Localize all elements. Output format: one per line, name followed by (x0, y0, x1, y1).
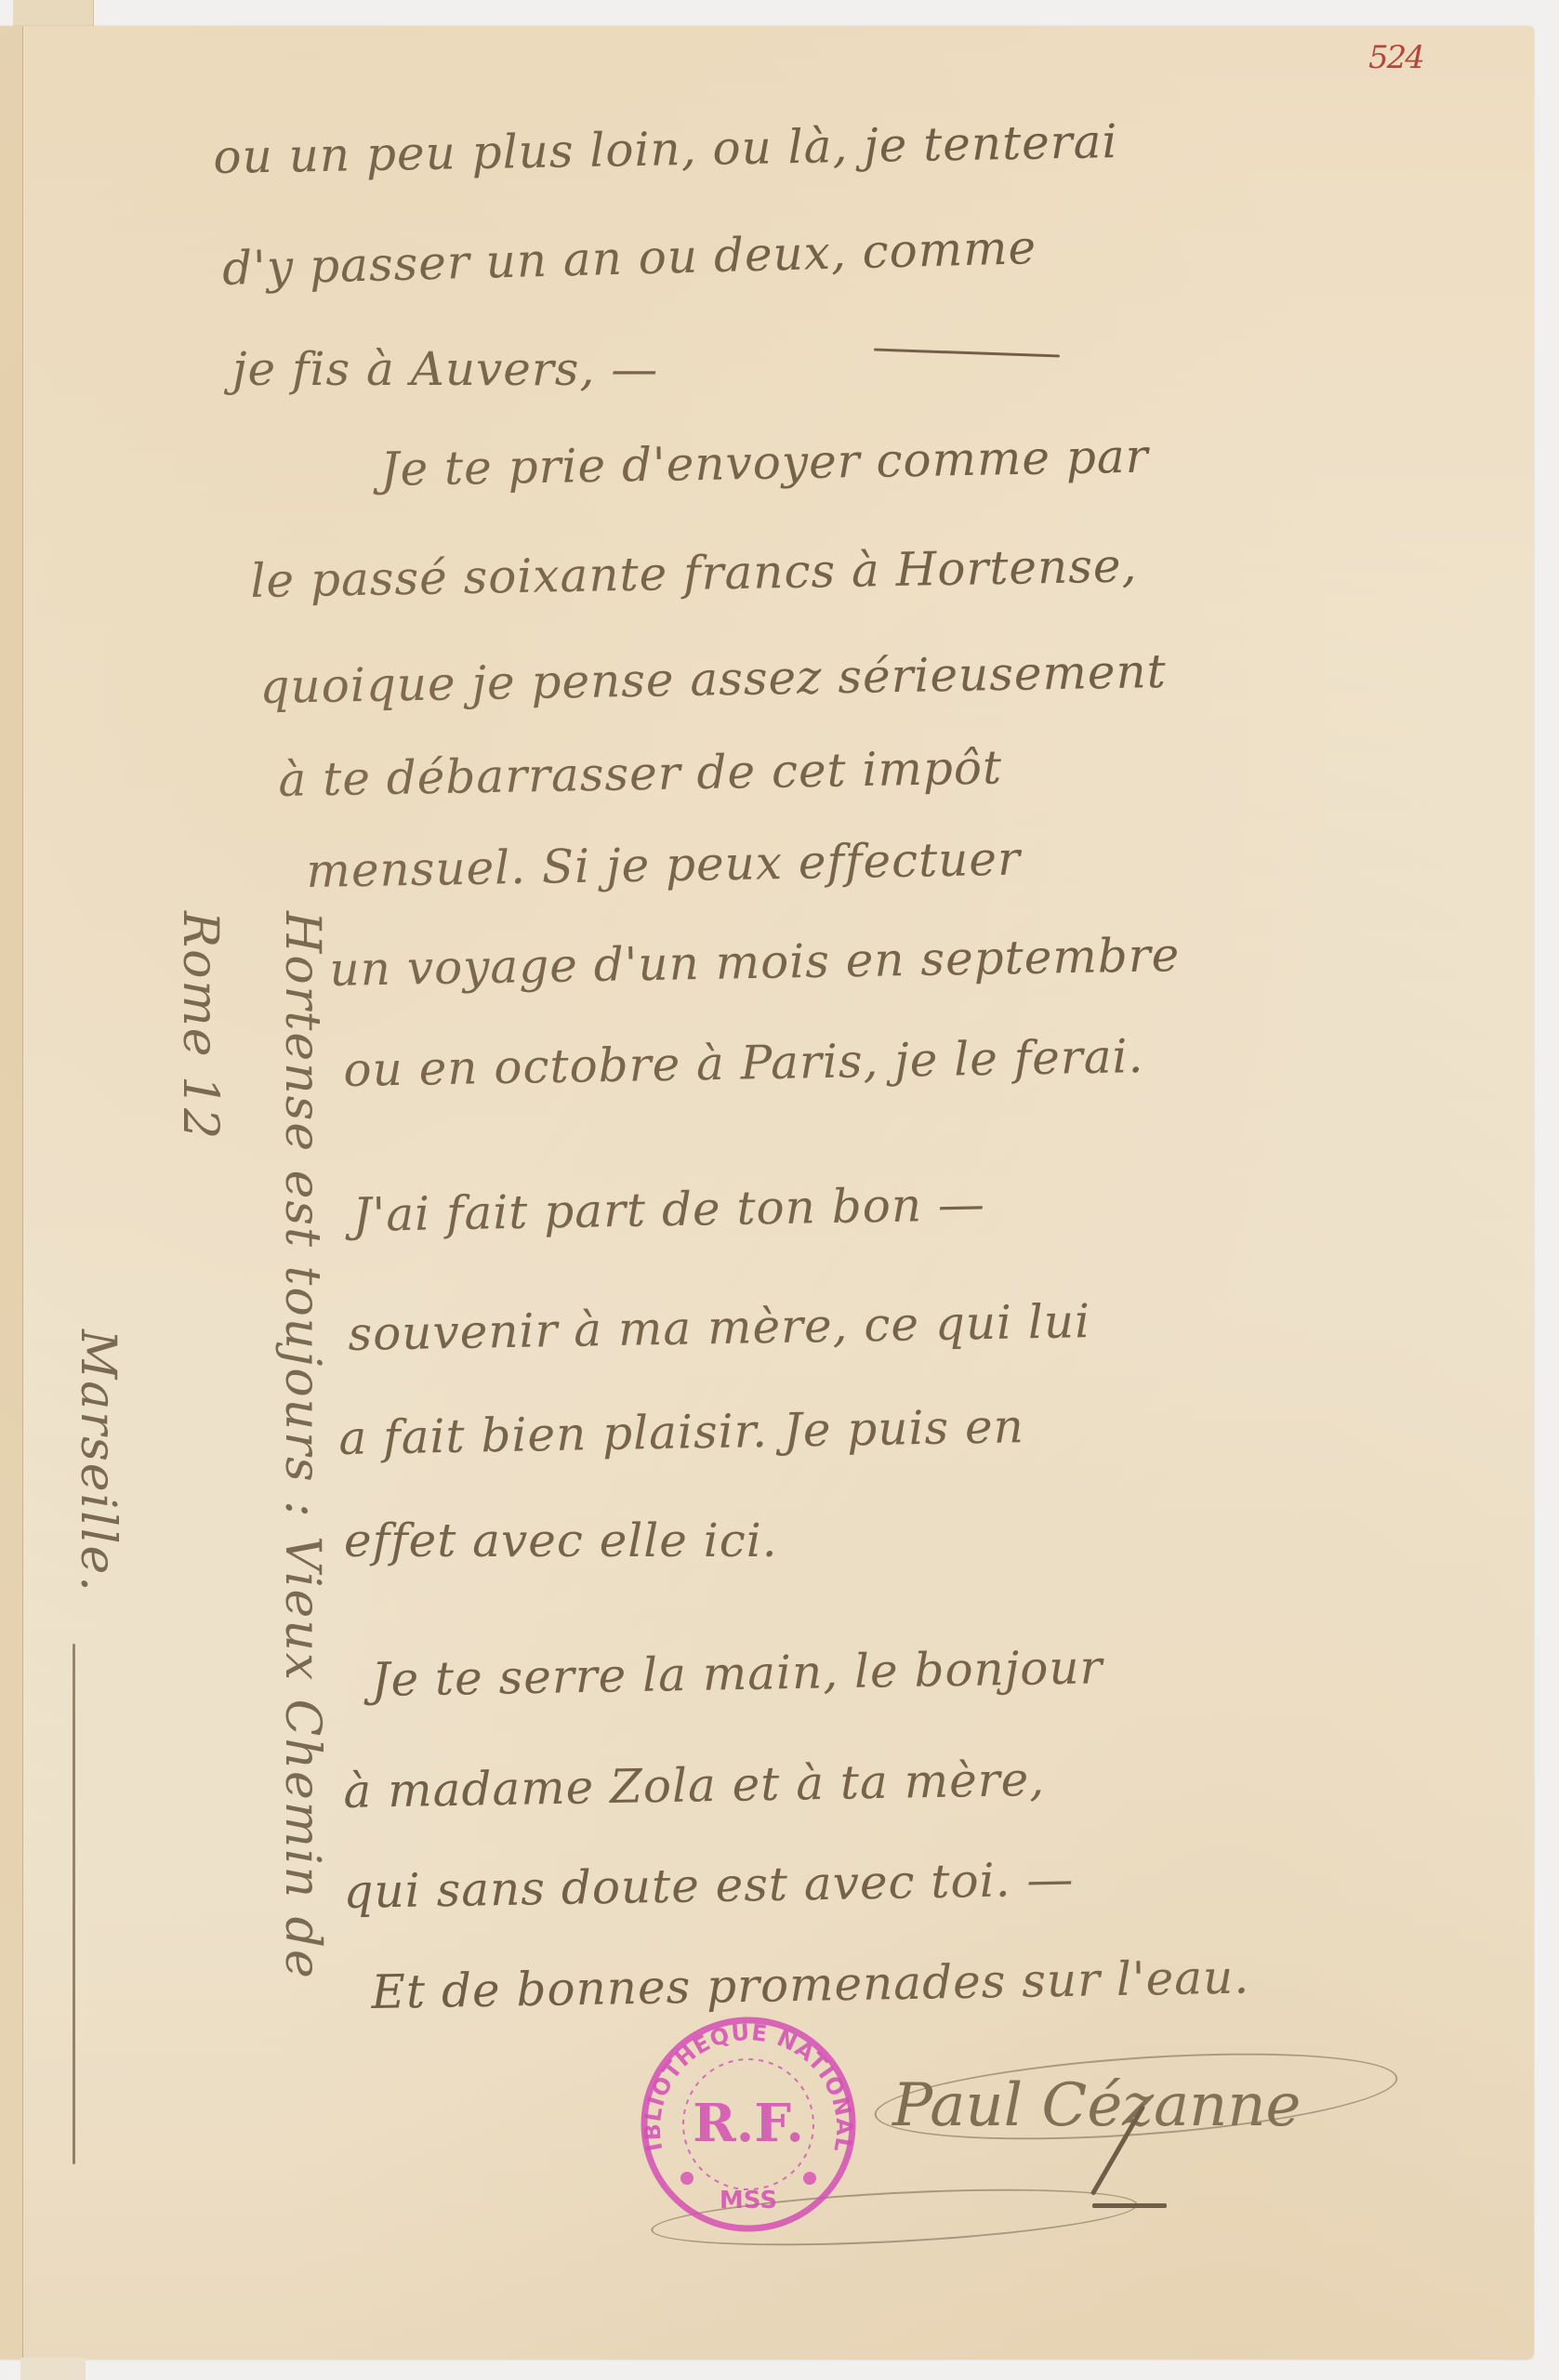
body-line-4: Je te prie d'envoyer comme par (380, 430, 1149, 496)
stamp-seal-icon: BIBLIOTHEQUE NATIONALE R.F. MSS (635, 2011, 862, 2238)
body-line-16: à madame Zola et à ta mère, (343, 1752, 1046, 1818)
body-line-11: J'ai fait part de ton bon — (352, 1177, 985, 1242)
body-line-17: qui sans doute est avec toi. — (343, 1852, 1075, 1919)
body-line-13: a fait bien plaisir. Je puis en (338, 1399, 1024, 1465)
body-line-6: quoique je pense assez sérieusement (259, 644, 1167, 714)
body-line-14: effet avec elle ici. (344, 1514, 778, 1567)
binding-tab-top (13, 0, 94, 28)
svg-text:MSS: MSS (720, 2187, 777, 2215)
margin-note: Hortense est toujours : Vieux Chemin de … (46, 911, 353, 1980)
body-line-8: mensuel. Si je peux effectuer (306, 832, 1021, 898)
body-line-2: d'y passer un an ou deux, comme (221, 220, 1037, 296)
body-line-7: à te débarrasser de cet impôt (278, 740, 1003, 807)
margin-note-line-3: Marseille. (46, 911, 149, 1980)
body-line-3: je fis à Auvers, — (232, 342, 658, 396)
signature: Paul Cézanne (892, 2071, 1301, 2140)
margin-note-line-2: Rome 12 (149, 911, 251, 1980)
body-line-9: un voyage d'un mois en septembre (329, 928, 1181, 997)
body-line-5: le passé soixante francs à Hortense, (250, 538, 1138, 608)
svg-text:R.F.: R.F. (693, 2093, 804, 2154)
body-line-10: ou en octobre à Paris, je le ferai. (343, 1029, 1144, 1097)
document-viewer: 524 ou un peu plus loin, ou là, je tente… (0, 0, 1559, 2380)
binding-fold-strip (0, 26, 23, 2360)
signature-cross-bar (1092, 2203, 1167, 2208)
margin-note-line-1: Hortense est toujours : Vieux Chemin de (251, 911, 353, 1980)
binding-tab-bottom (20, 2358, 86, 2380)
line-end-dash (874, 349, 1060, 358)
library-stamp: BIBLIOTHEQUE NATIONALE R.F. MSS (635, 2011, 862, 2238)
body-line-12: souvenir à ma mère, ce qui lui (348, 1294, 1091, 1361)
folio-number: 524 (1368, 39, 1423, 76)
body-line-18: Et de bonnes promenades sur l'eau. (371, 1950, 1250, 2019)
body-line-1: ou un peu plus loin, ou là, je tenterai (213, 114, 1118, 184)
body-line-15: Je te serre la main, le bonjour (371, 1640, 1103, 1707)
